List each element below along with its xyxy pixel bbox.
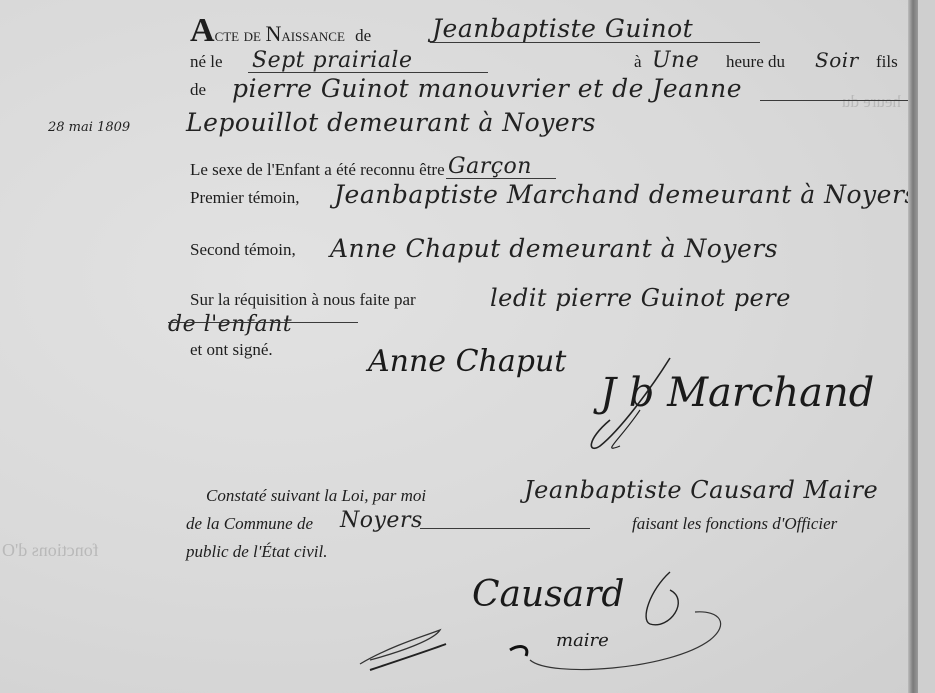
commune-value: Noyers (340, 508, 423, 533)
underline (420, 528, 590, 529)
title-de: de (355, 26, 371, 45)
underline (430, 42, 760, 43)
signature-flourish (580, 350, 690, 460)
born-label: né le (190, 52, 223, 72)
heure-du-label: heure du (726, 52, 785, 72)
requisition-value-2: de l'enfant (168, 312, 292, 337)
witness-2-value: Anne Chaput demeurant à Noyers (330, 234, 778, 263)
sex-label: Le sexe de l'Enfant a été reconnu être (190, 160, 445, 180)
parents-line-1: pierre Guinot manouvrier et de Jeanne (232, 74, 742, 103)
sex-value: Garçon (448, 154, 532, 179)
underline (760, 100, 910, 101)
parents-line-2: Lepouillot demeurant à Noyers (186, 108, 596, 137)
title-initial-n: N (265, 21, 281, 46)
bleed-through-text-top: heure du (842, 92, 901, 112)
title-part-2: aissance (281, 25, 345, 45)
witness-1-value: Jeanbaptiste Marchand demeurant à Noyers (334, 180, 918, 209)
mayor-paraph-flourish (350, 560, 750, 680)
signed-label: et ont signé. (190, 340, 273, 360)
title-part: cte de (215, 25, 266, 45)
birth-hour: Une (652, 48, 699, 73)
underline (168, 322, 358, 323)
parents-de-label: de (190, 80, 206, 100)
underline (446, 178, 556, 179)
witness-2-label: Second témoin, (190, 240, 296, 260)
margin-date-note: 28 mai 1809 (48, 120, 130, 135)
a-label: à (634, 52, 642, 72)
title-initial: A (190, 12, 215, 49)
certification-line-2-suffix: faisant les fonctions d'Officier (632, 514, 837, 534)
requisition-value-1: ledit pierre Guinot pere (490, 284, 791, 312)
act-title: Acte de Naissance de (190, 14, 371, 48)
certification-line-1: Constaté suivant la Loi, par moi (206, 486, 426, 506)
time-of-day: Soir (815, 48, 859, 72)
birth-date: Sept prairiale (252, 48, 412, 73)
register-page: heure du fonctions d'O 28 mai 1809 Acte … (0, 0, 915, 693)
adjacent-page-edge (918, 0, 935, 693)
signature-anne-chaput: Anne Chaput (368, 344, 566, 379)
bleed-through-text-left: fonctions d'O (2, 540, 99, 561)
commune-label: de la Commune de (186, 514, 313, 534)
underline (248, 72, 488, 73)
requisition-label: Sur la réquisition à nous faite par (190, 290, 416, 310)
child-name: Jeanbaptiste Guinot (432, 14, 693, 43)
fils-label: fils (876, 52, 898, 72)
witness-1-label: Premier témoin, (190, 188, 300, 208)
certification-line-3: public de l'État civil. (186, 542, 328, 562)
officer-name: Jeanbaptiste Causard Maire (524, 476, 878, 504)
book-gutter (908, 0, 918, 693)
